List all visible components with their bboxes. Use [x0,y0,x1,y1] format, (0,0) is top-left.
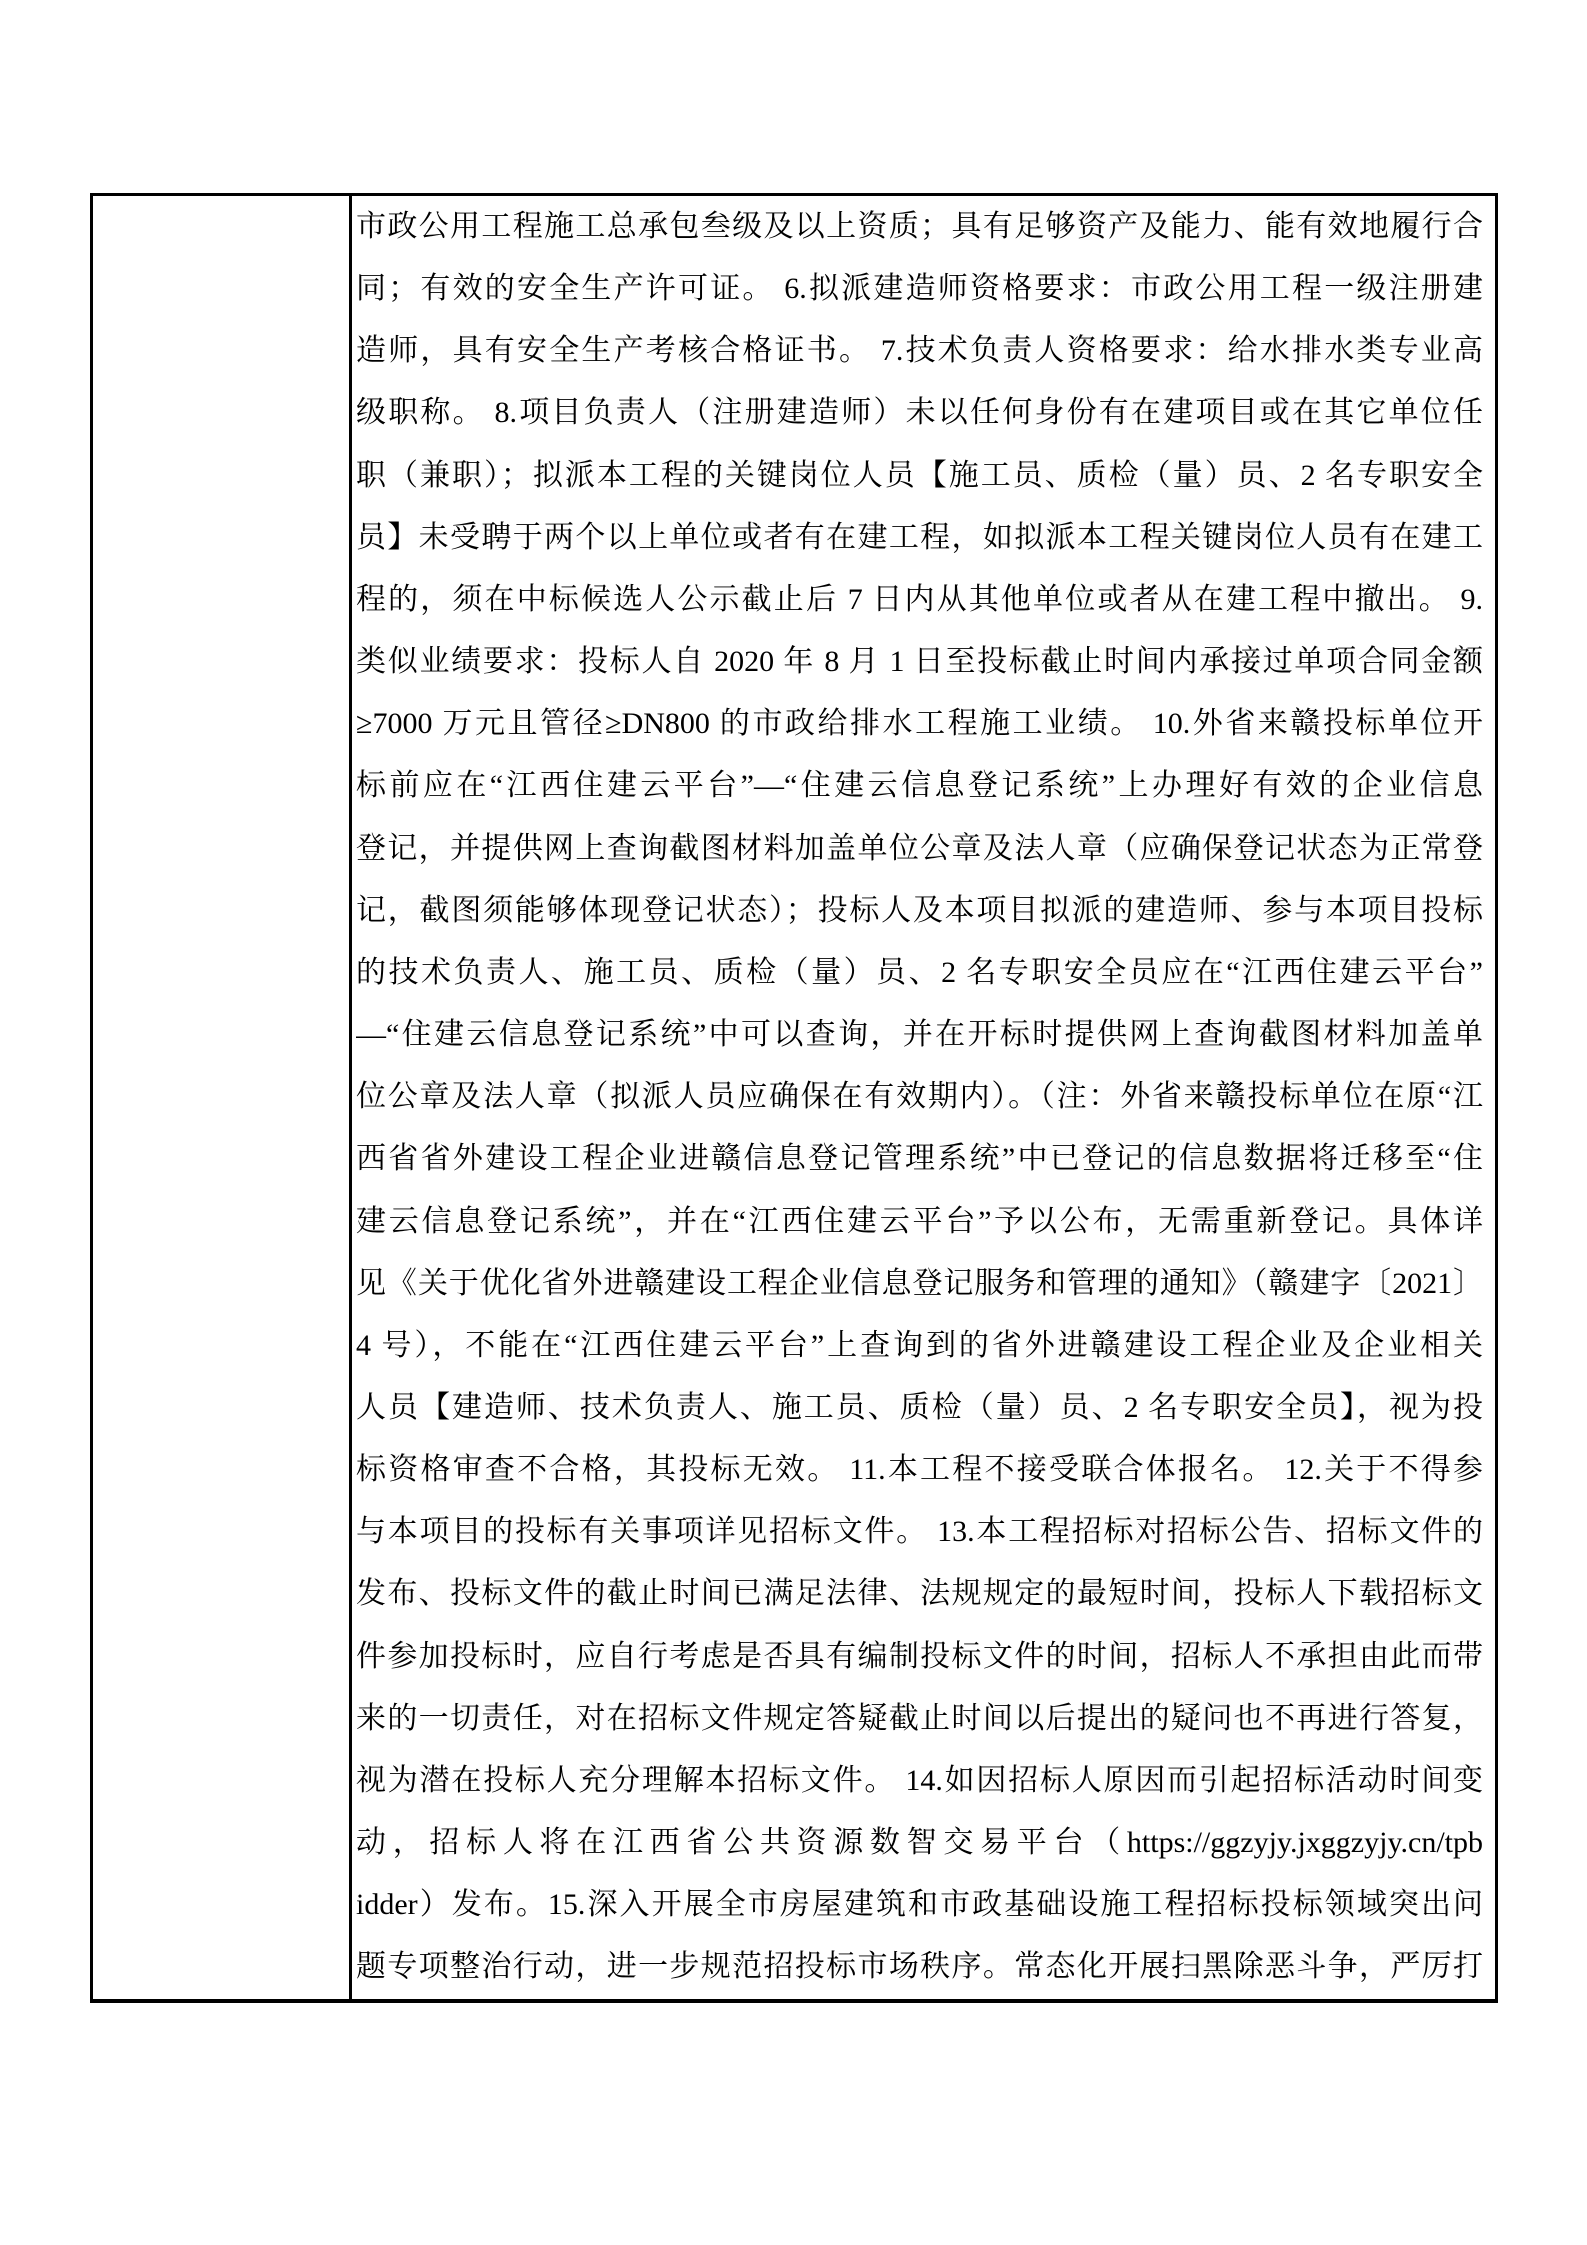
table-content-cell: 市政公用工程施工总承包叁级及以上资质；具有足够资产及能力、能有效地履行合同；有效… [352,196,1495,1999]
paragraph-line: 登记，并提供网上查询截图材料加盖单位公章及法人章（应确保登记状态为正常登 [356,818,1483,880]
paragraph-line: —“住建云信息登记系统”中可以查询，并在开标时提供网上查询截图材料加盖单 [356,1004,1483,1066]
paragraph-line: 人员【建造师、技术负责人、施工员、质检（量）员、2 名专职安全员】，视为投 [356,1377,1483,1439]
paragraph-line: 标前应在“江西住建云平台”—“住建云信息登记系统”上办理好有效的企业信息 [356,755,1483,817]
paragraph-line: idder）发布。15.深入开展全市房屋建筑和市政基础设施工程招标投标领域突出问 [356,1874,1483,1936]
paragraph-line: 造师，具有安全生产考核合格证书。 7.技术负责人资格要求：给水排水类专业高 [356,320,1483,382]
paragraph-line: 西省省外建设工程企业进赣信息登记管理系统”中已登记的信息数据将迁移至“住 [356,1128,1483,1190]
paragraph-line: 员】未受聘于两个以上单位或者有在建工程，如拟派本工程关键岗位人员有在建工 [356,507,1483,569]
paragraph-line: 同；有效的安全生产许可证。 6.拟派建造师资格要求：市政公用工程一级注册建 [356,258,1483,320]
paragraph-line: 位公章及法人章（拟派人员应确保在有效期内）。（注：外省来赣投标单位在原“江 [356,1066,1483,1128]
paragraph-line: 动，招标人将在江西省公共资源数智交易平台（https://ggzyjy.jxgg… [356,1812,1483,1874]
table-label-cell [93,196,352,1999]
paragraph-line: 级职称。 8.项目负责人（注册建造师）未以任何身份有在建项目或在其它单位任 [356,382,1483,444]
paragraph-line: 程的，须在中标候选人公示截止后 7 日内从其他单位或者从在建工程中撤出。 9. [356,569,1483,631]
paragraph-line: 发布、投标文件的截止时间已满足法律、法规规定的最短时间，投标人下载招标文 [356,1563,1483,1625]
paragraph-line: 记，截图须能够体现登记状态）；投标人及本项目拟派的建造师、参与本项目投标 [356,880,1483,942]
paragraph-line: 4 号），不能在“江西住建云平台”上查询到的省外进赣建设工程企业及企业相关 [356,1315,1483,1377]
paragraph-line: 题专项整治行动，进一步规范招投标市场秩序。常态化开展扫黑除恶斗争，严厉打 [356,1936,1483,1998]
paragraph-line: 与本项目的投标有关事项详见招标文件。 13.本工程招标对招标公告、招标文件的 [356,1501,1483,1563]
paragraph-line: 来的一切责任，对在招标文件规定答疑截止时间以后提出的疑问也不再进行答复， [356,1688,1483,1750]
paragraph-line: 见《关于优化省外进赣建设工程企业信息登记服务和管理的通知》（赣建字〔2021〕 [356,1253,1483,1315]
paragraph-line: 的技术负责人、施工员、质检（量）员、2 名专职安全员应在“江西住建云平台” [356,942,1483,1004]
paragraph-line: 建云信息登记系统”，并在“江西住建云平台”予以公布，无需重新登记。具体详 [356,1191,1483,1253]
tender-requirements-table: 市政公用工程施工总承包叁级及以上资质；具有足够资产及能力、能有效地履行合同；有效… [90,193,1498,2003]
paragraph-line: ≥7000 万元且管径≥DN800 的市政给排水工程施工业绩。 10.外省来赣投… [356,693,1483,755]
paragraph-line: 标资格审查不合格，其投标无效。 11.本工程不接受联合体报名。 12.关于不得参 [356,1439,1483,1501]
paragraph-line: 视为潜在投标人充分理解本招标文件。 14.如因招标人原因而引起招标活动时间变 [356,1750,1483,1812]
paragraph-line: 职（兼职）；拟派本工程的关键岗位人员【施工员、质检（量）员、2 名专职安全 [356,445,1483,507]
paragraph-line: 类似业绩要求：投标人自 2020 年 8 月 1 日至投标截止时间内承接过单项合… [356,631,1483,693]
document-page: 市政公用工程施工总承包叁级及以上资质；具有足够资产及能力、能有效地履行合同；有效… [0,0,1587,2245]
paragraph-line: 市政公用工程施工总承包叁级及以上资质；具有足够资产及能力、能有效地履行合 [356,196,1483,258]
paragraph-line: 件参加投标时，应自行考虑是否具有编制投标文件的时间，招标人不承担由此而带 [356,1626,1483,1688]
